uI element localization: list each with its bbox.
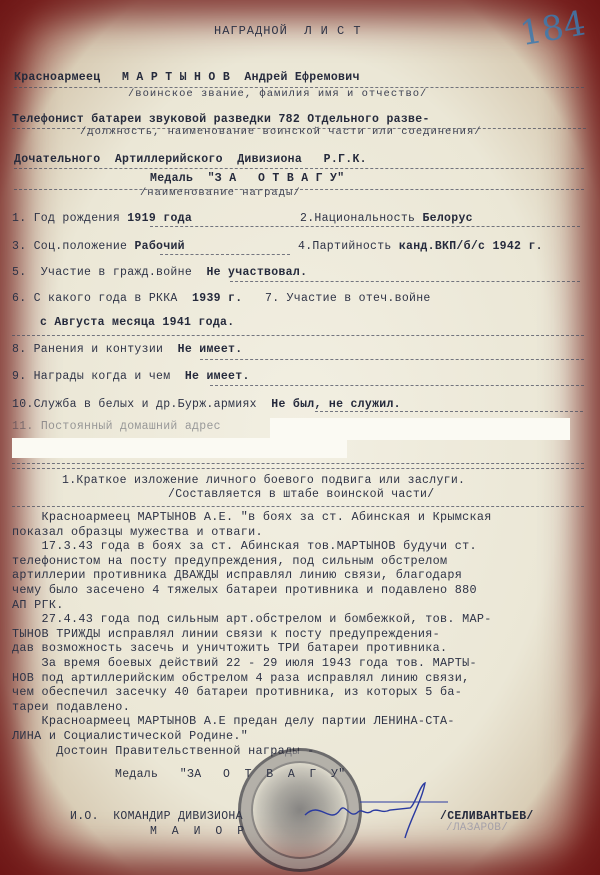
body-line: АП РГК.	[12, 598, 592, 613]
body-line: тареи подавлено.	[12, 700, 592, 715]
award-sheet: 184 НАГРАДНОЙ Л И С Т Красноармеец М А Р…	[0, 0, 600, 875]
position-line-1: Телефонист батареи звуковой разведки 782…	[12, 113, 430, 126]
body-line: НОВ под артиллерийским обстрелом 4 раза …	[12, 671, 592, 686]
faint-overprint-name: /ЛАЗАРОВ/	[446, 822, 508, 834]
divider	[14, 168, 584, 169]
divider	[200, 359, 584, 360]
divider	[12, 463, 584, 464]
handwritten-archive-number: 184	[517, 6, 577, 76]
award-line: Медаль "З А О Т В А Г У"	[150, 172, 344, 185]
field-11: 11. Постоянный домашний адрес	[12, 420, 221, 433]
divider	[12, 468, 584, 469]
signatory-name: /СЕЛИВАНТЬЕВ/	[440, 810, 534, 823]
handwritten-signature	[300, 780, 450, 840]
body-line: Красноармеец МАРТЫНОВ А.Е предан делу па…	[12, 714, 592, 729]
body-line: ТЫНОВ ТРИЖДЫ исправлял линии связи к пос…	[12, 627, 592, 642]
field-7-value: с Августа месяца 1941 года.	[40, 316, 234, 329]
award-hint: /наименование награды/	[140, 187, 301, 199]
divider	[210, 385, 584, 386]
divider	[12, 335, 584, 336]
position-line-2: Дочательного Артиллерийского Дивизиона Р…	[14, 153, 367, 166]
field-3: 3. Соц.положение Рабочий	[12, 240, 185, 253]
field-7: 7. Участие в отеч.войне	[265, 292, 431, 305]
citation-body: Красноармеец МАРТЫНОВ А.Е. "в боях за ст…	[12, 510, 592, 758]
body-line: дав возможность засечь и уничтожить ТРИ …	[12, 641, 592, 656]
field-6: 6. С какого года в РККА 1939 г.	[12, 292, 242, 305]
divider	[150, 226, 580, 227]
field-4: 4.Партийность канд.ВКП/б/с 1942 г.	[298, 240, 543, 253]
body-line: телефонистом на посту предупреждения, по…	[12, 554, 592, 569]
body-line: 27.4.43 года под сильным арт.обстрелом и…	[12, 612, 592, 627]
body-line: 17.3.43 года в боях за ст. Абинская тов.…	[12, 539, 592, 554]
redaction-bar	[12, 438, 347, 458]
field-10: 10.Служба в белых и др.Бурж.армиях Не бы…	[12, 398, 401, 411]
field-8: 8. Ранения и контузии Не имеет.	[12, 343, 242, 356]
rank-name-hint: /воинское звание, фамилия имя и отчество…	[128, 88, 427, 100]
divider	[315, 411, 583, 412]
redaction-bar	[270, 418, 570, 440]
divider	[230, 281, 580, 282]
field-2: 2.Национальность Белорус	[300, 212, 473, 225]
section-title: 1.Краткое изложение личного боевого подв…	[62, 474, 465, 487]
field-9: 9. Награды когда и чем Не имеет.	[12, 370, 250, 383]
divider	[12, 506, 584, 507]
body-line: За время боевых действий 22 - 29 июля 19…	[12, 656, 592, 671]
document-title: НАГРАДНОЙ Л И С Т	[214, 24, 362, 38]
body-line: показал образцы мужества и отваги.	[12, 525, 592, 540]
signatory-title: И.О. КОМАНДИР ДИВИЗИОНА	[70, 810, 243, 823]
body-line: артиллерии противника ДВАЖДЫ исправлял л…	[12, 568, 592, 583]
body-line: чему было засечено 4 тяжелых батареи про…	[12, 583, 592, 598]
body-line: ЛИНА и Социалистической Родине."	[12, 729, 592, 744]
rank-name-line: Красноармеец М А Р Т Ы Н О В Андрей Ефре…	[14, 71, 360, 84]
field-5: 5. Участие в гражд.войне Не участвовал.	[12, 266, 307, 279]
section-subtitle: /Составляется в штабе воинской части/	[168, 488, 434, 501]
field-1: 1. Год рождения 1919 года	[12, 212, 192, 225]
signatory-rank: М А И О Р	[150, 825, 248, 838]
body-line: Красноармеец МАРТЫНОВ А.Е. "в боях за ст…	[12, 510, 592, 525]
divider	[160, 254, 290, 255]
body-line: чем обеспечил засечку 40 батареи противн…	[12, 685, 592, 700]
position-hint: /должность, наименование воинской части …	[80, 126, 482, 138]
